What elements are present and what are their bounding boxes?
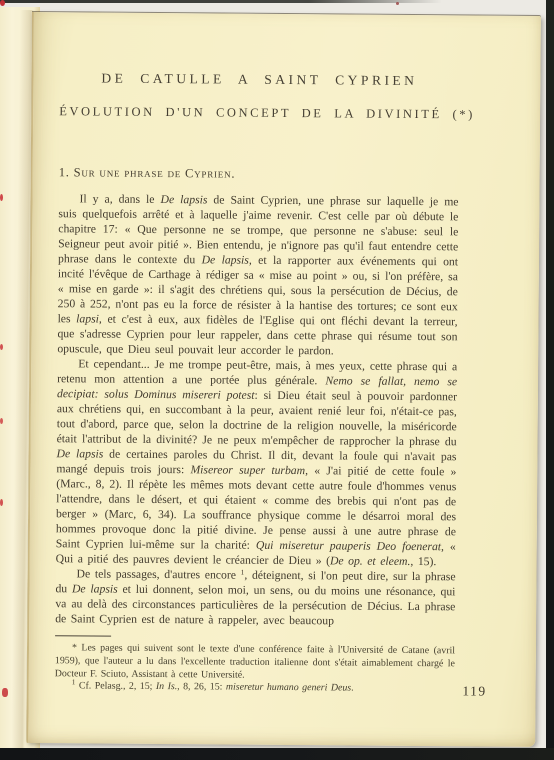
footnote-1: 1 Cf. Pelasg., 2, 15; In Is., 8, 26, 15:… (55, 681, 455, 697)
body-text: Il y a, dans le De lapsis de Saint Cypri… (55, 191, 458, 629)
red-scan-artifact (0, 194, 3, 201)
book-page: DE CATULLE A SAINT CYPRIEN ÉVOLUTION D'U… (26, 12, 541, 747)
paragraph-1: Il y a, dans le De lapsis de Saint Cypri… (57, 191, 458, 359)
scanned-book-photo: DE CATULLE A SAINT CYPRIEN ÉVOLUTION D'U… (0, 0, 554, 760)
scan-top-edge-line (0, 0, 442, 3)
article-subtitle: ÉVOLUTION D'UN CONCEPT DE LA DIVINITÉ (*… (59, 104, 459, 122)
scan-backdrop-bottom (0, 748, 554, 760)
paragraph-3: De tels passages, d'autres encore 1, dét… (55, 566, 455, 629)
page-number: 119 (462, 683, 486, 699)
red-scan-artifact (0, 499, 3, 506)
scan-backdrop-right (546, 0, 554, 760)
red-scan-artifact (0, 344, 3, 350)
footnotes: * Les pages qui suivent sont le texte d'… (55, 642, 455, 696)
red-scan-artifact (0, 0, 5, 6)
red-scan-artifact (2, 688, 8, 697)
paragraph-2: Et cependant... Je me trompe peut-être, … (56, 356, 458, 569)
article-title: DE CATULLE A SAINT CYPRIEN (59, 12, 460, 89)
dust-scan-artifact (396, 2, 399, 5)
footnote-asterisk: * Les pages qui suivent sont le texte d'… (55, 642, 455, 684)
footnote-separator (55, 635, 111, 636)
section-heading: 1. Sur une phrase de Cyprien. (59, 165, 459, 183)
text-column: DE CATULLE A SAINT CYPRIEN ÉVOLUTION D'U… (55, 12, 460, 696)
red-scan-artifact (0, 418, 3, 424)
